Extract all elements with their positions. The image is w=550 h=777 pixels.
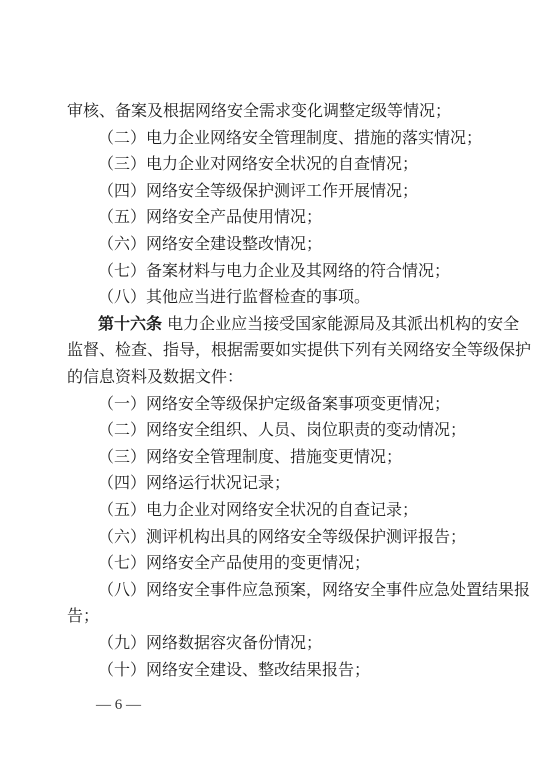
list-item: （二）网络安全组织、人员、岗位职责的变动情况； [98,420,466,440]
list-item: （五）网络安全产品使用情况； [98,207,322,227]
list-item: （四）网络运行状况记录； [98,473,290,493]
list-item: （八）网络安全事件应急预案，网络安全事件应急处置结果报 [98,580,530,600]
article-text: 电力企业应当接受国家能源局及其派出机构的安全 [162,314,519,333]
list-item-continuation: 告； [67,606,99,626]
list-item: （九）网络数据容灾备份情况； [98,633,322,653]
list-item: （一）网络安全等级保护定级备案事项变更情况； [98,394,450,414]
article-heading: 第十六条 [98,314,162,333]
page-number: — 6 — [96,697,141,714]
list-item: （四）网络安全等级保护测评工作开展情况； [98,181,418,201]
list-item: （五）电力企业对网络安全状况的自查记录； [98,500,418,520]
list-item: （三）电力企业对网络安全状况的自查情况； [98,154,418,174]
article-text-line: 监督、检查、指导，根据需要如实提供下列有关网络安全等级保护 [67,340,531,360]
list-item: （七）网络安全产品使用的变更情况； [98,553,370,573]
list-item: （三）网络安全管理制度、措施变更情况； [98,447,402,467]
list-item: （二）电力企业网络安全管理制度、措施的落实情况； [98,128,482,148]
document-page: 审核、备案及根据网络安全需求变化调整定级等情况； （二）电力企业网络安全管理制度… [0,0,550,777]
text-line: 审核、备案及根据网络安全需求变化调整定级等情况； [67,101,451,121]
list-item: （六）网络安全建设整改情况； [98,234,322,254]
article-paragraph: 第十六条 电力企业应当接受国家能源局及其派出机构的安全 [98,314,519,334]
list-item: （十）网络安全建设、整改结果报告； [98,660,370,680]
list-item: （六）测评机构出具的网络安全等级保护测评报告； [98,527,466,547]
list-item: （七）备案材料与电力企业及其网络的符合情况； [98,261,450,281]
article-text-line: 的信息资料及数据文件： [67,367,243,387]
list-item: （八）其他应当进行监督检查的事项。 [98,287,370,307]
